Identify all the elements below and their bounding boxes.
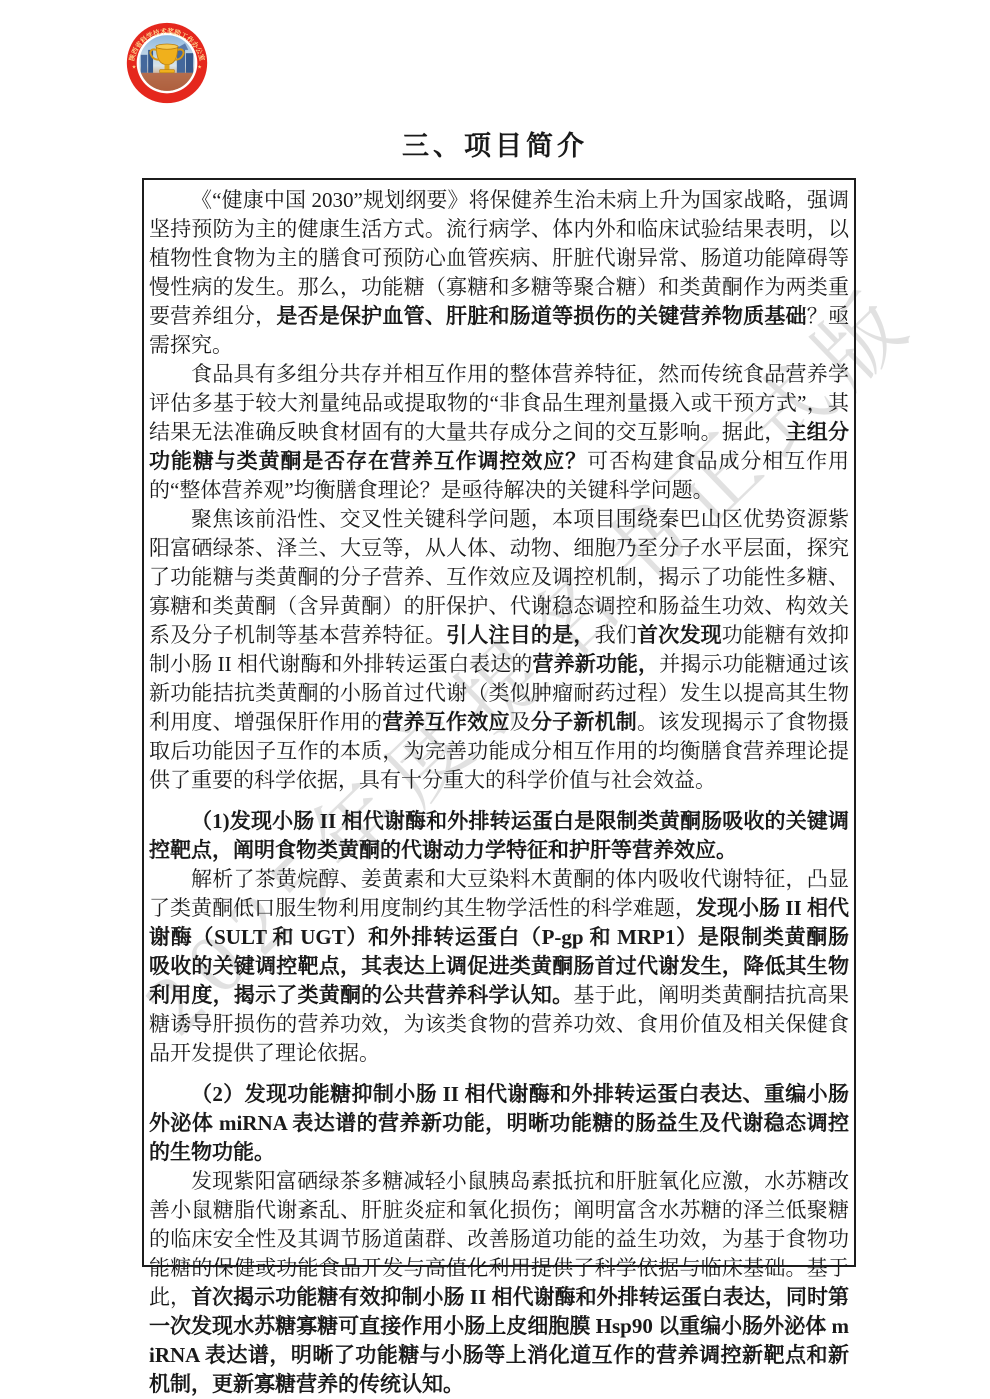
bold-text-run: 首次揭示功能糖有效抑制小肠 II 相代谢酶和外排转运蛋白表达，同时第一次发现水苏… (149, 1285, 849, 1396)
text-run: 及 (510, 710, 531, 734)
bold-text-run: 营养新功能， (533, 652, 660, 676)
bold-text-run: 是否是保护血管、肝脏和肠道等损伤的关键营养物质基础 (276, 304, 806, 328)
office-seal-logo: 陕西省科学技术奖励工作办公室 ★ ★ (126, 22, 208, 104)
paragraph: 食品具有多组分共存并相互作用的整体营养特征，然而传统食品营养学评估多基于较大剂量… (149, 360, 849, 505)
project-summary-box: 《“健康中国 2030”规划纲要》将保健养生治未病上升为国家战略，强调坚持预防为… (142, 178, 856, 1267)
section-heading: （2）发现功能糖抑制小肠 II 相代谢酶和外排转运蛋白表达、重编小肠外泌体 mi… (149, 1080, 849, 1167)
paragraph: 《“健康中国 2030”规划纲要》将保健养生治未病上升为国家战略，强调坚持预防为… (149, 186, 849, 360)
section-heading: （1)发现小肠 II 相代谢酶和外排转运蛋白是限制类黄酮肠吸收的关键调控靶点，阐… (149, 807, 849, 865)
text-run: 食品具有多组分共存并相互作用的整体营养特征，然而传统食品营养学评估多基于较大剂量… (149, 362, 849, 444)
bold-text-run: （2）发现功能糖抑制小肠 II 相代谢酶和外排转运蛋白表达、重编小肠外泌体 mi… (149, 1082, 849, 1164)
bold-text-run: 首次发现 (637, 623, 722, 647)
page-title: 三、项目简介 (0, 124, 990, 163)
paragraph: 发现紫阳富硒绿茶多糖减轻小鼠胰岛素抵抗和肝脏氧化应激，水苏糖改善小鼠糖脂代谢紊乱… (149, 1167, 849, 1399)
bold-text-run: 分子新机制 (531, 710, 637, 734)
bold-text-run: （1)发现小肠 II 相代谢酶和外排转运蛋白是限制类黄酮肠吸收的关键调控靶点，阐… (149, 809, 849, 862)
bold-text-run: 引人注目的是， (446, 623, 595, 647)
seal-star-left: ★ (132, 65, 137, 71)
bold-text-run: 营养互作效应 (382, 710, 509, 734)
text-run: 我们 (595, 623, 637, 647)
office-seal-graphic: 陕西省科学技术奖励工作办公室 ★ ★ (126, 22, 208, 104)
paragraph: 聚焦该前沿性、交叉性关键科学问题，本项目围绕秦巴山区优势资源紫阳富硒绿茶、泽兰、… (149, 505, 849, 795)
seal-star-right: ★ (197, 65, 202, 71)
paragraph: 解析了茶黄烷醇、姜黄素和大豆染料木黄酮的体内吸收代谢特征，凸显了类黄酮低口服生物… (149, 865, 849, 1068)
